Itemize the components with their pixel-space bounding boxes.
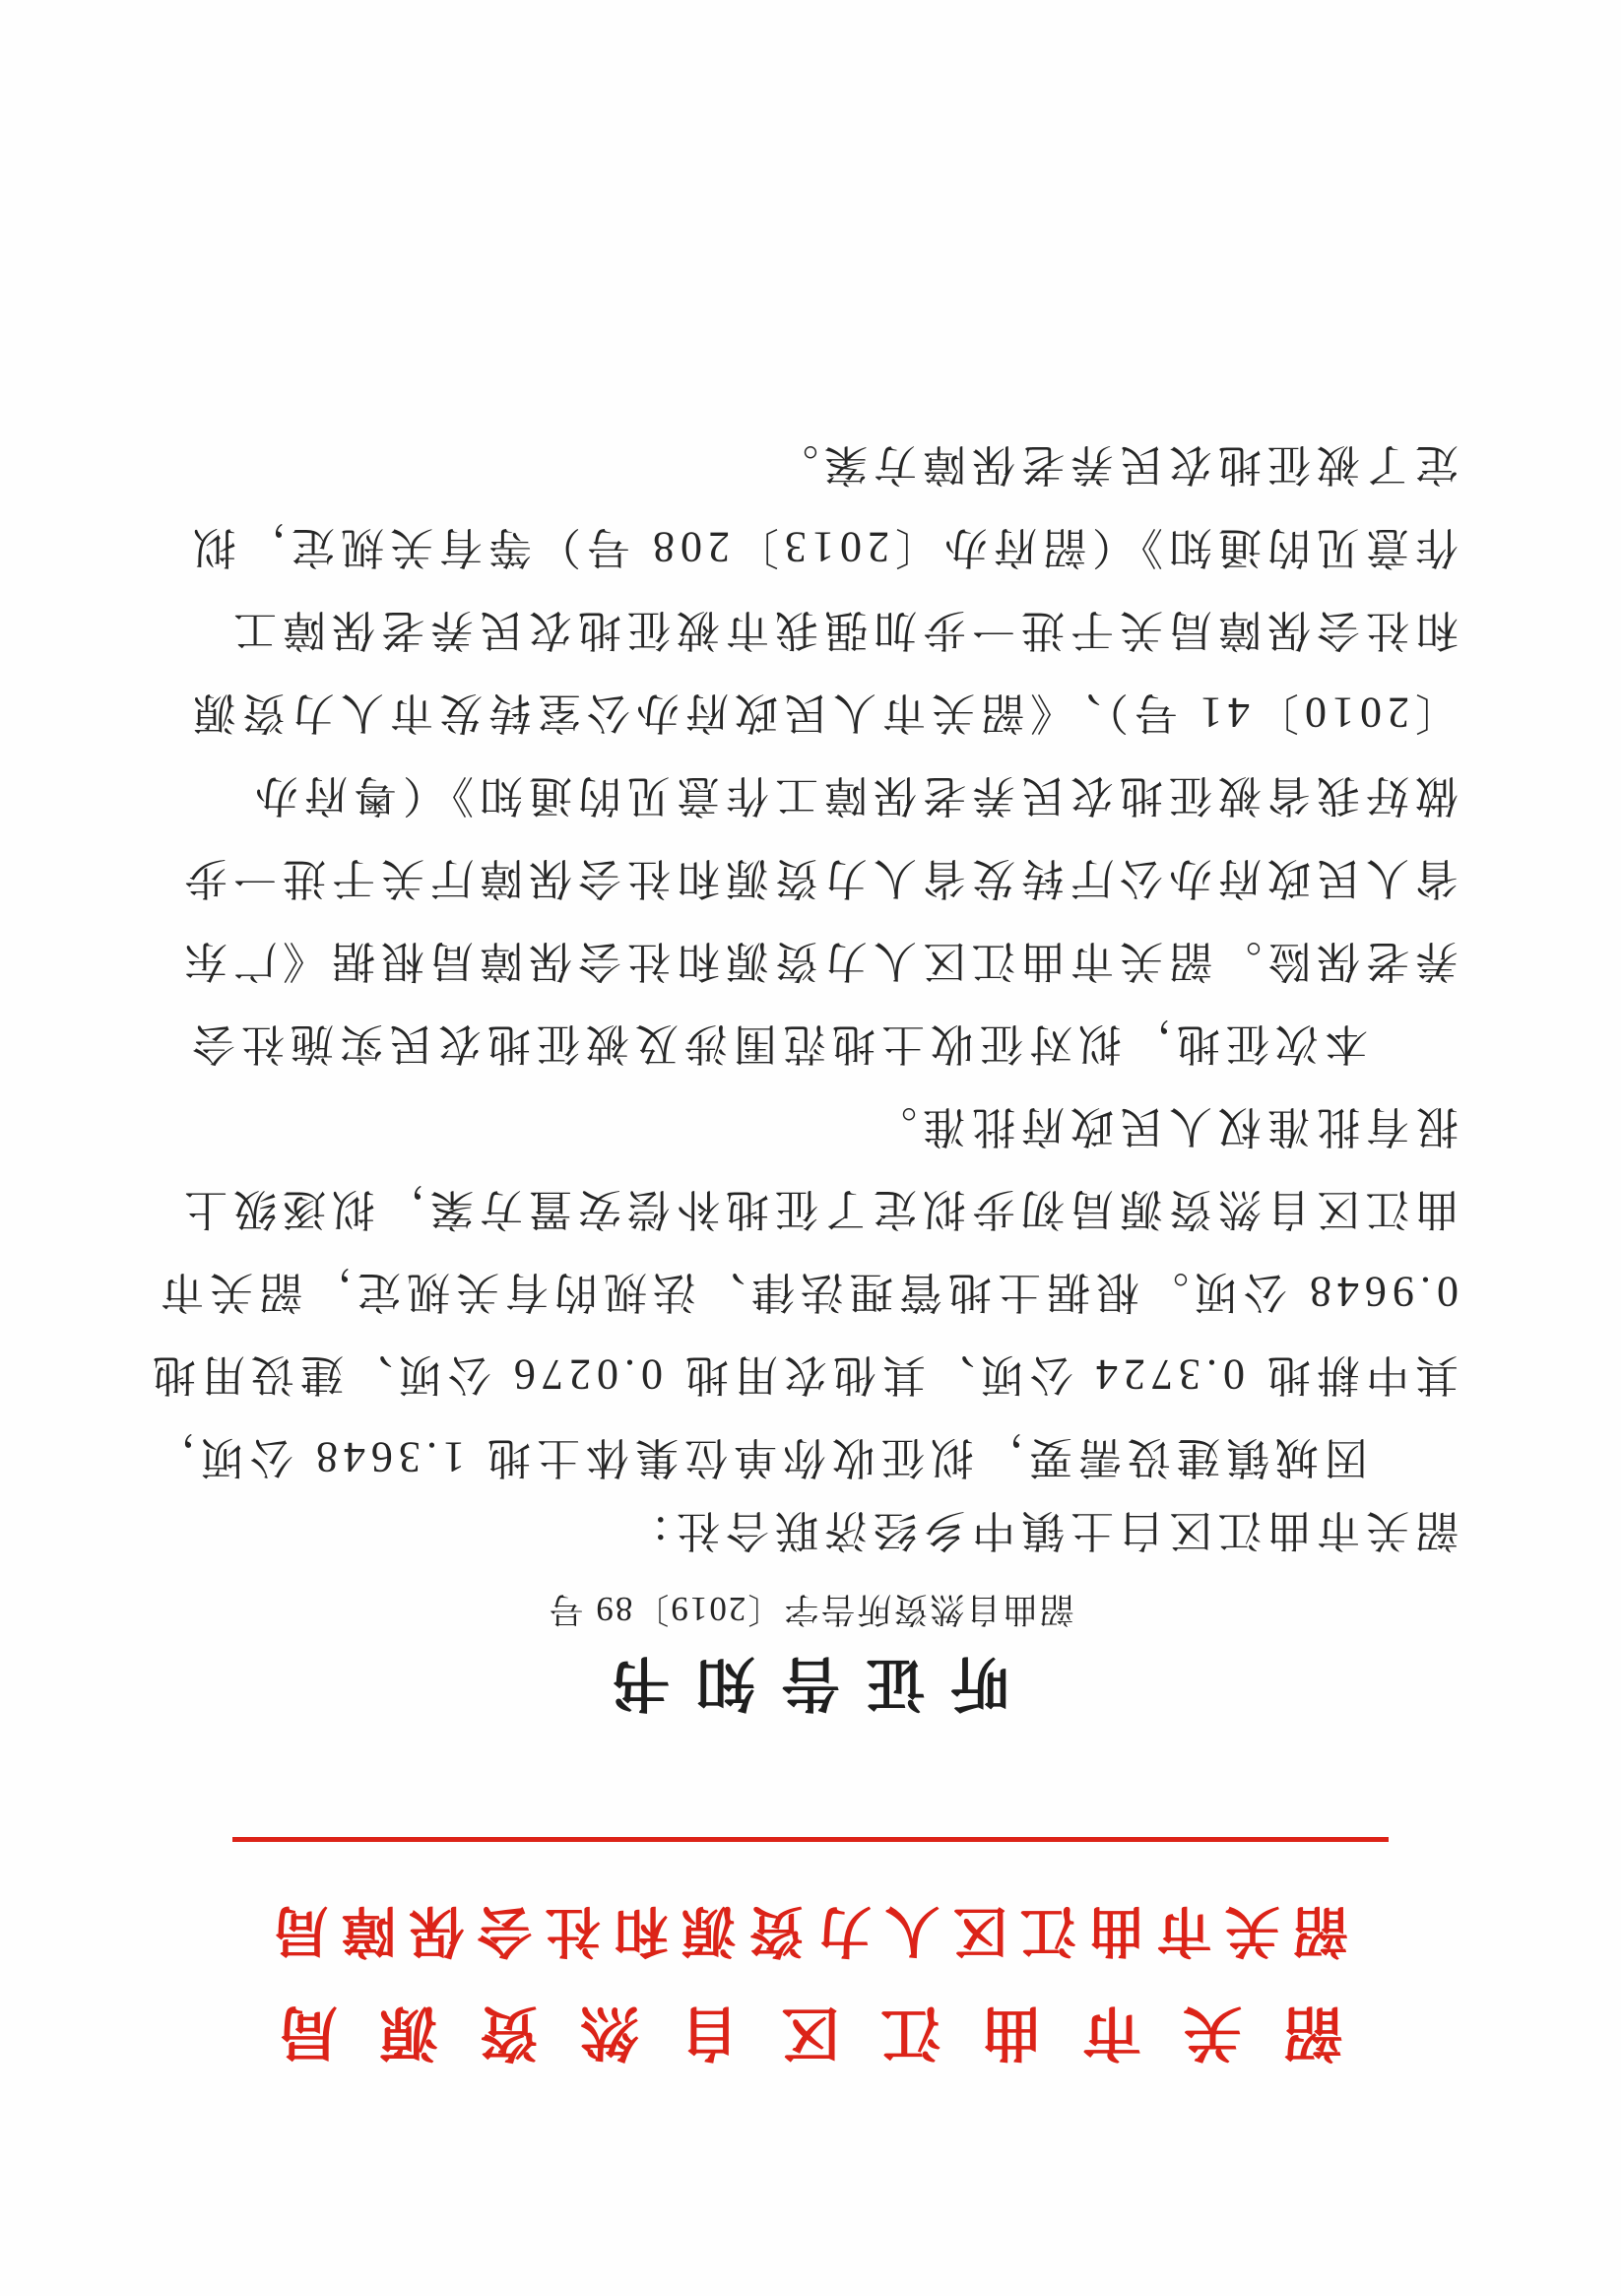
paragraph-1-line-2: 其中耕地 0.3724 公顷、其他农用地 0.0276 公顷、建设用地 bbox=[162, 1333, 1459, 1415]
header-divider-rule bbox=[232, 1837, 1389, 1842]
header-agency-line-1: 韶关市曲江区自然资源局 bbox=[0, 1998, 1621, 2296]
document-number: 韶曲自然资所告字〔2019〕89 号 bbox=[0, 1587, 1621, 1630]
paragraph-1-line-5: 报有批准权人民政府批准。 bbox=[162, 1084, 1459, 1167]
paragraph-2-line-4: 做好我省被征地农民养老保障工作意见的通知》（粤府办 bbox=[162, 754, 1459, 836]
official-notice-rotated-180: 韶关市曲江区自然资源局 韶关市曲江区人力资源和社会保障局 听证告知书 韶曲自然资… bbox=[0, 0, 1621, 2296]
paragraph-2-line-3: 省人民政府办公厅转发省人力资源和社会保障厅关于进一步 bbox=[162, 836, 1459, 919]
header-agency-line-2: 韶关市曲江区人力资源和社会保障局 bbox=[0, 1897, 1621, 1962]
paragraph-1-line-4: 曲江区自然资源局初步拟定了征地补偿安置方案，拟逐级上 bbox=[162, 1167, 1459, 1250]
document-title: 听证告知书 bbox=[0, 1646, 1621, 1719]
paragraph-1-line-1: 因城镇建设需要，拟征收你单位集体土地 1.3648 公顷， bbox=[162, 1415, 1459, 1498]
paragraph-2-line-1: 本次征地，拟对征收土地范围涉及被征地农民实施社会 bbox=[162, 1002, 1459, 1084]
paragraph-2-line-8: 定了被征地农民养老保障方案。 bbox=[162, 423, 1459, 505]
addressee-line: 韶关市曲江区白土镇中乡经济联合社： bbox=[162, 1498, 1459, 1561]
paragraphs-container: 因城镇建设需要，拟征收你单位集体土地 1.3648 公顷，其中耕地 0.3724… bbox=[162, 423, 1459, 1498]
document-body: 韶关市曲江区白土镇中乡经济联合社： 因城镇建设需要，拟征收你单位集体土地 1.3… bbox=[162, 423, 1459, 1561]
paragraph-2-line-2: 养老保险。韶关市曲江区人力资源和社会保障局根据《广东 bbox=[162, 919, 1459, 1002]
paragraph-2-line-5: 〔2010〕41 号）、《韶关市人民政府办公室转发市人力资源 bbox=[162, 671, 1459, 754]
scanned-page: 韶关市曲江区自然资源局 韶关市曲江区人力资源和社会保障局 听证告知书 韶曲自然资… bbox=[0, 0, 1621, 2296]
paragraph-2-line-7: 作意见的通知》（韶府办〔2013〕208 号）等有关规定，拟 bbox=[162, 505, 1459, 588]
paragraph-2-line-6: 和社会保障局关于进一步加强我市被征地农民养老保障工 bbox=[162, 588, 1459, 671]
paragraph-1-line-3: 0.9648 公顷。根据土地管理法律、法规的有关规定，韶关市 bbox=[162, 1250, 1459, 1333]
